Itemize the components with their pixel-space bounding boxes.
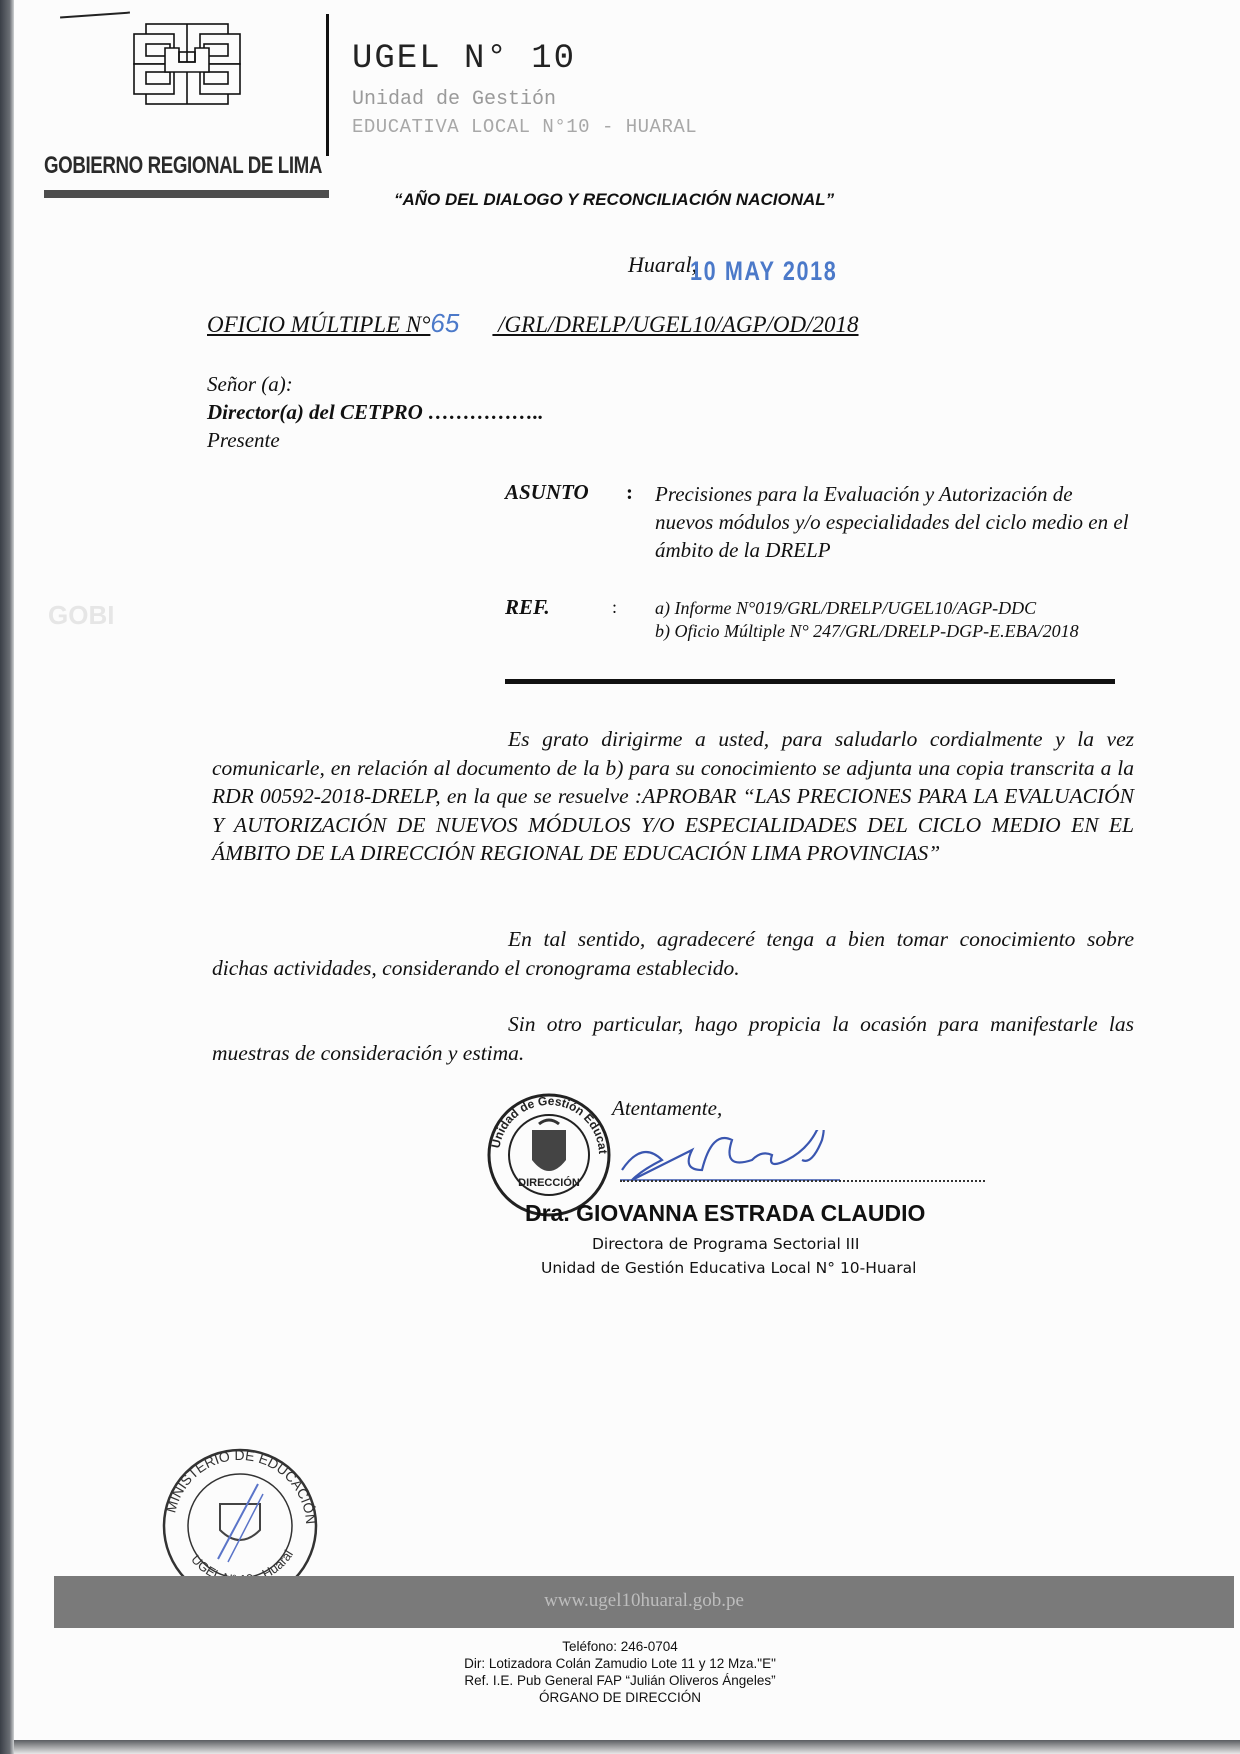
footer-office: ÓRGANO DE DIRECCIÓN [0,1689,1240,1706]
ref-item: b) Oficio Múltiple N° 247/GRL/DRELP-DGP-… [655,620,1135,643]
footer-website: www.ugel10huaral.gob.pe [54,1590,1234,1612]
oficio-prefix: OFICIO MÚLTIPLE N° [207,312,430,337]
oficio-number-line: OFICIO MÚLTIPLE N°65 /GRL/DRELP/UGEL10/A… [207,308,859,339]
ref-list: a) Informe N°019/GRL/DRELP/UGEL10/AGP-DD… [655,597,1135,643]
body-paragraph-1: Es grato dirigirme a usted, para saludar… [212,725,1134,868]
salutation: Señor (a): [207,370,544,398]
signatory-name: Dra. GIOVANNA ESTRADA CLAUDIO [525,1200,925,1227]
gobierno-regional-logo-icon [132,22,242,106]
body-paragraph-3: Sin otro particular, hago propicia la oc… [212,1010,1134,1067]
footer-band: www.ugel10huaral.gob.pe [54,1576,1234,1628]
signature-line [620,1180,985,1182]
svg-text:DIRECCIÓN: DIRECCIÓN [518,1176,580,1189]
signatory-role: Directora de Programa Sectorial III [592,1235,859,1253]
body-paragraph-2: En tal sentido, agradeceré tenga a bien … [212,925,1134,982]
ugel-subtitle-2: EDUCATIVA LOCAL N°10 - HUARAL [352,116,697,138]
ugel-subtitle-1: Unidad de Gestión [352,88,556,111]
asunto-text: Precisiones para la Evaluación y Autoriz… [655,480,1135,564]
ref-colon: : [612,597,617,618]
oficio-handwritten-number: 65 [430,308,492,339]
footer-reference: Ref. I.E. Pub General FAP “Julián Oliver… [0,1672,1240,1689]
addressee-block: Señor (a): Director(a) del CETPRO …………….… [207,370,544,454]
date-stamp: 10 MAY 2018 [690,256,837,287]
header-rule [44,190,329,198]
org-name: GOBIERNO REGIONAL DE LIMA [44,152,262,180]
asunto-label: ASUNTO [505,480,589,505]
footer-contact: Teléfono: 246-0704 Dir: Lotizadora Colán… [0,1638,1240,1706]
ref-label: REF. [505,595,550,620]
bleed-through-mark: GOBI [48,600,114,631]
footer-phone: Teléfono: 246-0704 [0,1638,1240,1655]
ref-item: a) Informe N°019/GRL/DRELP/UGEL10/AGP-DD… [655,597,1135,620]
year-motto: “AÑO DEL DIALOGO Y RECONCILIACIÓN NACION… [394,190,834,210]
ugel-title: UGEL N° 10 [352,40,576,78]
oficio-suffix: /GRL/DRELP/UGEL10/AGP/OD/2018 [492,312,858,337]
signatory-unit: Unidad de Gestión Educativa Local N° 10-… [541,1259,916,1277]
date-place: Huaral, [628,252,697,278]
section-rule [505,679,1115,684]
scan-left-edge [0,0,14,1754]
header-divider [326,14,329,156]
asunto-colon: : [626,480,633,505]
scan-bottom-edge [14,1740,1240,1754]
footer-address: Dir: Lotizadora Colán Zamudio Lote 11 y … [0,1655,1240,1672]
presente: Presente [207,426,544,454]
closing: Atentamente, [612,1096,722,1121]
recipient: Director(a) del CETPRO …………….. [207,398,544,426]
svg-text:MINISTERIO DE EDUCACIÓN: MINISTERIO DE EDUCACIÓN [162,1447,319,1525]
